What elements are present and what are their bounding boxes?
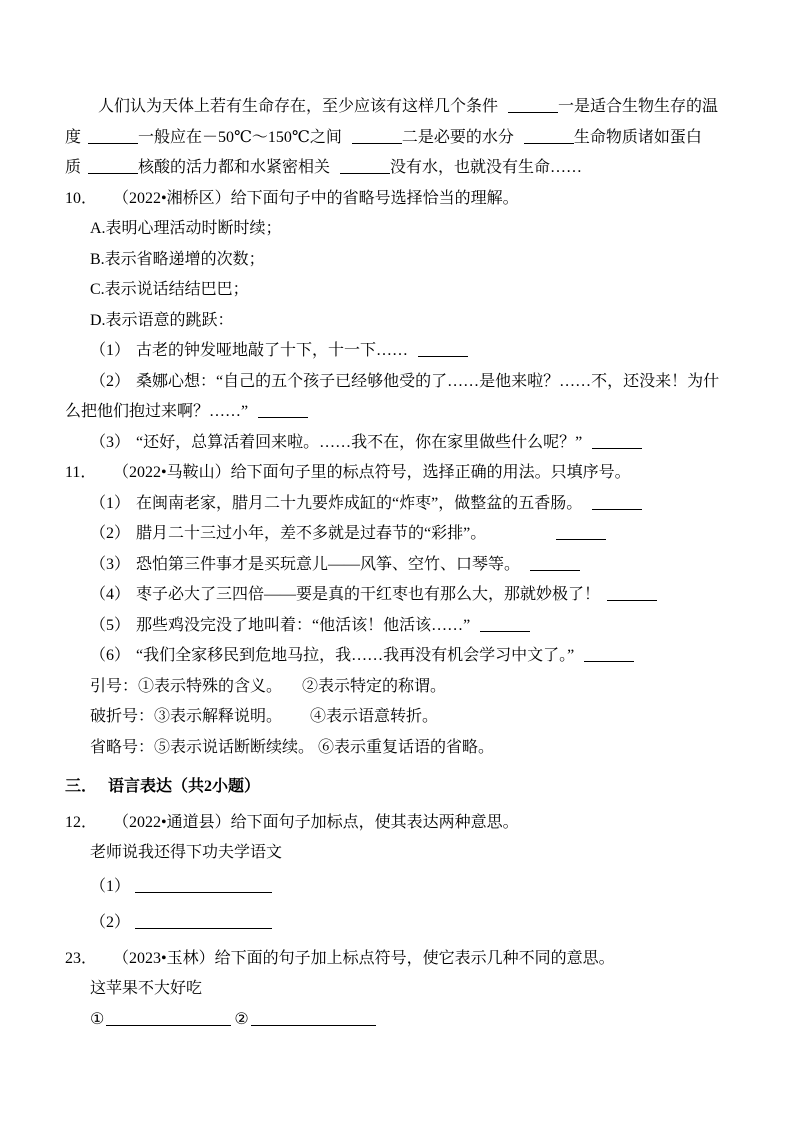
q10-item-2-line-2: 么把他们抱过来啊？……” bbox=[65, 397, 734, 428]
q10-item-3: （3）“还好，总算活着回来啦。……我不在，你在家里做些什么呢？” bbox=[65, 428, 734, 459]
answer-blank[interactable] bbox=[584, 647, 634, 662]
legend-text: ②表示特定的称谓。 bbox=[302, 678, 446, 695]
question-number: 10． bbox=[65, 184, 113, 215]
item-text: 那些鸡没完没了地叫着：“他活该！他活该……” bbox=[136, 617, 470, 634]
question-number: 12． bbox=[65, 808, 113, 839]
q11-header: 11．（2022•马鞍山）给下面句子里的标点符号，选择正确的用法。只填序号。 bbox=[65, 458, 734, 489]
legend-text: ⑤表示说话断断续续。 bbox=[154, 739, 314, 756]
item-label: （5） bbox=[90, 617, 130, 634]
intro-line-3: 质核酸的活力都和水紧密相关没有水，也就没有生命…… bbox=[65, 153, 734, 184]
q10-option-d: D.表示语意的跳跃： bbox=[65, 306, 734, 337]
item-text: 枣子必大了三四倍——要是真的干红枣也有那么大，那就妙极了！ bbox=[136, 586, 600, 603]
answer-blank[interactable] bbox=[530, 556, 580, 571]
intro-text: 度 bbox=[65, 129, 81, 146]
intro-line-2: 度一般应在－50℃～150℃之间二是必要的水分生命物质诸如蛋白 bbox=[65, 123, 734, 154]
option-text: A.表明心理活动时断时续； bbox=[90, 220, 282, 237]
q12-answer-1: （1） bbox=[65, 869, 734, 906]
question-12: 12．（2022•通道县）给下面句子加标点，使其表达两种意思。 老师说我还得下功… bbox=[65, 808, 734, 942]
q11-legend-dash: 破折号：③表示解释说明。④表示语意转折。 bbox=[65, 702, 734, 733]
option-text: B.表示省略递增的次数； bbox=[90, 251, 265, 268]
q11-legend-quotes: 引号：①表示特殊的含义。②表示特定的称谓。 bbox=[65, 672, 734, 703]
question-11: 11．（2022•马鞍山）给下面句子里的标点符号，选择正确的用法。只填序号。 （… bbox=[65, 458, 734, 763]
q11-item-3: （3）恐怕第三件事才是买玩意儿——风筝、空竹、口琴等。 bbox=[65, 550, 734, 581]
q10-item-2-line-1: （2）桑娜心想：“自己的五个孩子已经够他受的了……是他来啦？……不，还没来！为什 bbox=[65, 367, 734, 398]
item-label: （1） bbox=[90, 342, 130, 359]
section-title: 语言表达（共2小题） bbox=[108, 778, 260, 795]
answer-blank[interactable] bbox=[480, 617, 530, 632]
q10-header: 10．（2022•湘桥区）给下面句子中的省略号选择恰当的理解。 bbox=[65, 184, 734, 215]
q10-option-b: B.表示省略递增的次数； bbox=[65, 245, 734, 276]
item-label: （1） bbox=[90, 495, 130, 512]
intro-text: 没有水，也就没有生命…… bbox=[390, 159, 582, 176]
q12-answer-2: （2） bbox=[65, 905, 734, 942]
legend-text: ⑥表示重复话语的省略。 bbox=[318, 739, 494, 756]
q23-answers: ①② bbox=[65, 1005, 734, 1036]
item-label: （1） bbox=[90, 878, 130, 895]
answer-blank[interactable] bbox=[592, 434, 642, 449]
item-label: （2） bbox=[90, 914, 130, 931]
answer-blank[interactable] bbox=[258, 403, 308, 418]
q10-item-2: （2）桑娜心想：“自己的五个孩子已经够他受的了……是他来啦？……不，还没来！为什… bbox=[65, 367, 734, 428]
q12-sentence: 老师说我还得下功夫学语文 bbox=[65, 838, 734, 869]
answer-blank[interactable] bbox=[135, 878, 272, 893]
item-text: 桑娜心想：“自己的五个孩子已经够他受的了……是他来啦？……不，还没来！为什 bbox=[136, 373, 719, 390]
question-number: 23． bbox=[65, 944, 113, 975]
item-label: （3） bbox=[90, 556, 130, 573]
item-label: ① bbox=[90, 1011, 104, 1028]
q11-item-5: （5）那些鸡没完没了地叫着：“他活该！他活该……” bbox=[65, 611, 734, 642]
item-text: 恐怕第三件事才是买玩意儿——风筝、空竹、口琴等。 bbox=[136, 556, 520, 573]
intro-text: 一般应在－50℃～150℃之间 bbox=[138, 129, 342, 146]
q10-option-c: C.表示说话结结巴巴； bbox=[65, 275, 734, 306]
q10-item-1: （1）古老的钟发哑地敲了十下，十一下…… bbox=[65, 336, 734, 367]
intro-text: 核酸的活力都和水紧密相关 bbox=[138, 159, 330, 176]
answer-blank[interactable] bbox=[592, 495, 642, 510]
legend-label: 省略号： bbox=[90, 739, 154, 756]
answer-blank[interactable] bbox=[607, 586, 657, 601]
question-10: 10．（2022•湘桥区）给下面句子中的省略号选择恰当的理解。 A.表明心理活动… bbox=[65, 184, 734, 459]
section-heading: 三．语言表达（共2小题） bbox=[65, 772, 734, 803]
legend-label: 破折号： bbox=[90, 708, 154, 725]
q11-item-2: （2）腊月二十三过小年，差不多就是过春节的“彩排”。 bbox=[65, 519, 734, 550]
answer-blank[interactable] bbox=[556, 525, 606, 540]
item-text: 在闽南老家，腊月二十九要炸成缸的“炸枣”，做整盆的五香肠。 bbox=[136, 495, 582, 512]
sentence-text: 老师说我还得下功夫学语文 bbox=[90, 844, 282, 861]
question-title: （2022•湘桥区）给下面句子中的省略号选择恰当的理解。 bbox=[113, 190, 519, 207]
answer-blank[interactable] bbox=[88, 159, 138, 174]
q11-item-4: （4）枣子必大了三四倍——要是真的干红枣也有那么大，那就妙极了！ bbox=[65, 580, 734, 611]
item-text: 腊月二十三过小年，差不多就是过春节的“彩排”。 bbox=[136, 525, 486, 542]
intro-text: 人们认为天体上若有生命存在，至少应该有这样几个条件 bbox=[98, 98, 498, 115]
answer-blank[interactable] bbox=[508, 98, 558, 113]
item-text: 古老的钟发哑地敲了十下，十一下…… bbox=[136, 342, 408, 359]
intro-text: 一是适合生物生存的温 bbox=[558, 98, 718, 115]
item-label: （2） bbox=[90, 373, 130, 390]
item-label: （3） bbox=[90, 434, 130, 451]
question-number: 11． bbox=[65, 458, 113, 489]
answer-blank[interactable] bbox=[352, 129, 402, 144]
intro-line-1: 人们认为天体上若有生命存在，至少应该有这样几个条件一是适合生物生存的温 bbox=[65, 92, 734, 123]
q11-item-1: （1）在闽南老家，腊月二十九要炸成缸的“炸枣”，做整盆的五香肠。 bbox=[65, 489, 734, 520]
question-23: 23．（2023•玉林）给下面的句子加上标点符号，使它表示几种不同的意思。 这苹… bbox=[65, 944, 734, 1036]
item-text: “还好，总算活着回来啦。……我不在，你在家里做些什么呢？” bbox=[136, 434, 582, 451]
legend-text: ①表示特殊的含义。 bbox=[138, 678, 282, 695]
question-title: （2023•玉林）给下面的句子加上标点符号，使它表示几种不同的意思。 bbox=[113, 950, 615, 967]
item-text: 么把他们抱过来啊？……” bbox=[65, 403, 248, 420]
answer-blank[interactable] bbox=[418, 342, 468, 357]
worksheet-page: 人们认为天体上若有生命存在，至少应该有这样几个条件一是适合生物生存的温 度一般应… bbox=[0, 0, 794, 1123]
q11-item-6: （6）“我们全家移民到危地马拉，我……我再没有机会学习中文了。” bbox=[65, 641, 734, 672]
q23-header: 23．（2023•玉林）给下面的句子加上标点符号，使它表示几种不同的意思。 bbox=[65, 944, 734, 975]
q11-legend-ellipsis: 省略号：⑤表示说话断断续续。⑥表示重复话语的省略。 bbox=[65, 733, 734, 764]
answer-blank[interactable] bbox=[135, 914, 272, 929]
intro-text: 质 bbox=[65, 159, 81, 176]
answer-blank[interactable] bbox=[340, 159, 390, 174]
answer-blank[interactable] bbox=[88, 129, 138, 144]
question-title: （2022•马鞍山）给下面句子里的标点符号，选择正确的用法。只填序号。 bbox=[113, 464, 631, 481]
answer-blank[interactable] bbox=[524, 129, 574, 144]
item-label: （4） bbox=[90, 586, 130, 603]
answer-blank[interactable] bbox=[106, 1011, 231, 1026]
q10-option-a: A.表明心理活动时断时续； bbox=[65, 214, 734, 245]
item-text: “我们全家移民到危地马拉，我……我再没有机会学习中文了。” bbox=[136, 647, 574, 664]
legend-text: ③表示解释说明。 bbox=[154, 708, 282, 725]
item-label: ② bbox=[234, 1011, 248, 1028]
legend-label: 引号： bbox=[90, 678, 138, 695]
legend-text: ④表示语意转折。 bbox=[310, 708, 438, 725]
intro-text: 生命物质诸如蛋白 bbox=[574, 129, 702, 146]
q12-header: 12．（2022•通道县）给下面句子加标点，使其表达两种意思。 bbox=[65, 808, 734, 839]
sentence-text: 这苹果不大好吃 bbox=[90, 980, 202, 997]
intro-paragraph: 人们认为天体上若有生命存在，至少应该有这样几个条件一是适合生物生存的温 度一般应… bbox=[65, 92, 734, 184]
answer-blank[interactable] bbox=[251, 1011, 376, 1026]
option-text: D.表示语意的跳跃： bbox=[90, 312, 234, 329]
section-number: 三． bbox=[65, 772, 108, 803]
item-label: （2） bbox=[90, 525, 130, 542]
intro-text: 二是必要的水分 bbox=[402, 129, 514, 146]
option-text: C.表示说话结结巴巴； bbox=[90, 281, 249, 298]
question-title: （2022•通道县）给下面句子加标点，使其表达两种意思。 bbox=[113, 814, 519, 831]
q23-sentence: 这苹果不大好吃 bbox=[65, 974, 734, 1005]
item-label: （6） bbox=[90, 647, 130, 664]
